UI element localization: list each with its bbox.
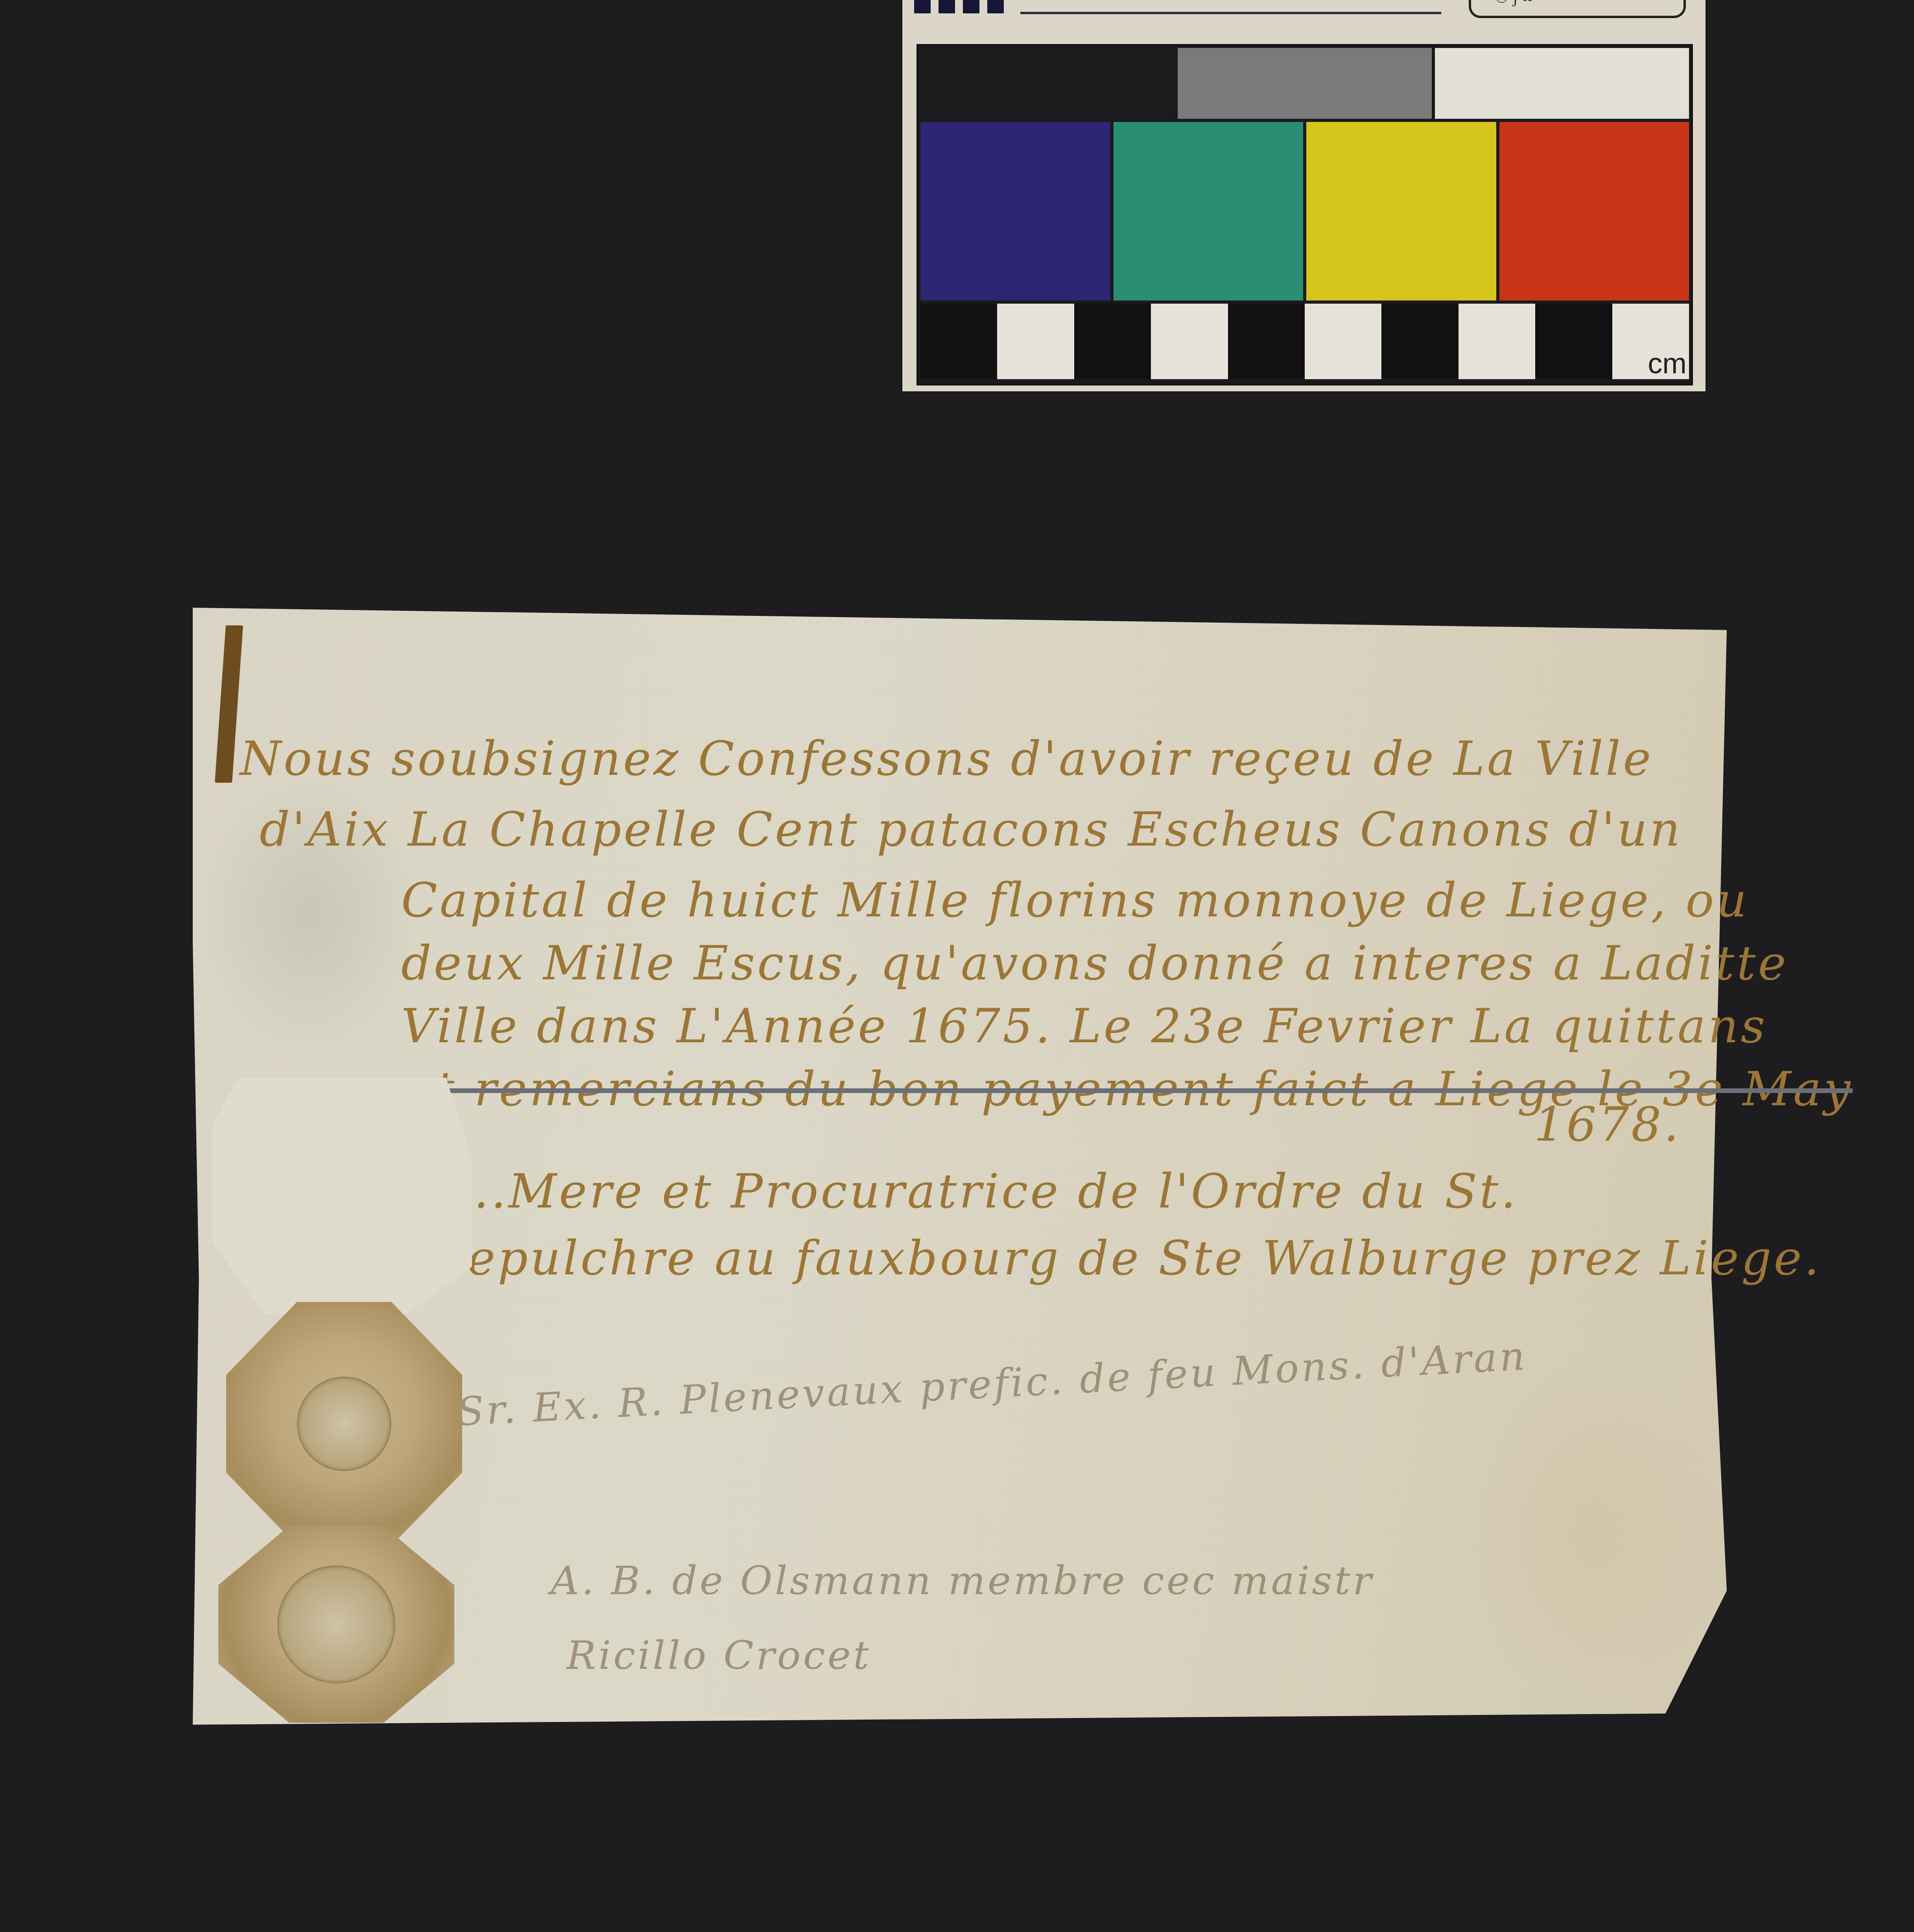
signature-3: Ricillo Crocet [566, 1632, 871, 1678]
foxing-stain [1451, 1355, 1727, 1709]
brand-logo-icon: ☉ ʃ ∞ ∘ [1469, 0, 1686, 18]
scale-square [1074, 304, 1151, 379]
wax-seal-2 [218, 1526, 454, 1723]
wax-seal-1 [226, 1302, 462, 1546]
text-line-1: Nous soubsignez Confessons d'avoir reçeu… [240, 732, 1653, 786]
scale-square [1305, 304, 1381, 379]
color-patch-yellow [1306, 122, 1496, 300]
text-line-4: deux Mille Escus, qu'avons donné a inter… [401, 936, 1788, 991]
color-patch-blue [920, 122, 1110, 300]
text-line-2: d'Aix La Chapelle Cent patacons Escheus … [260, 802, 1682, 857]
card-rule [1020, 12, 1441, 14]
text-line-date: 1678. [1534, 1097, 1681, 1152]
scale-square [1381, 304, 1458, 379]
text-line-8: Sepulchre au fauxbourg de Ste Walburge p… [433, 1231, 1822, 1286]
gray-patch-white [1435, 48, 1689, 119]
scale-square [1228, 304, 1305, 379]
text-line-5: Ville dans L'Année 1675. Le 23e Fevrier … [401, 999, 1767, 1054]
signature-2: A. B. de Olsmann membre cec maistr [551, 1558, 1374, 1604]
color-patch-green [1114, 122, 1304, 300]
color-patch-row [920, 122, 1689, 300]
scale-square [1535, 304, 1612, 379]
cm-scale-row [920, 304, 1689, 379]
scale-square [1459, 304, 1535, 379]
card-header: ☉ ʃ ∞ ∘ [902, 0, 1706, 43]
paper-seal-tab [212, 1078, 472, 1314]
color-patch-red [1499, 122, 1689, 300]
unit-label: cm [1648, 347, 1687, 380]
color-calibration-card: ☉ ʃ ∞ ∘ cm [902, 0, 1706, 391]
gray-patch-black [920, 48, 1175, 119]
brand-bars-icon [914, 0, 1004, 13]
scale-square [997, 304, 1074, 379]
calibration-patches: cm [916, 44, 1693, 385]
scale-square [1151, 304, 1228, 379]
text-line-7: ...Mere et Procuratrice de l'Ordre du St… [456, 1164, 1518, 1219]
gray-patch-mid [1178, 48, 1432, 119]
text-line-3: Capital de huict Mille florins monnoye d… [401, 873, 1749, 928]
scale-square [920, 304, 997, 379]
gray-scale-row [920, 48, 1689, 119]
